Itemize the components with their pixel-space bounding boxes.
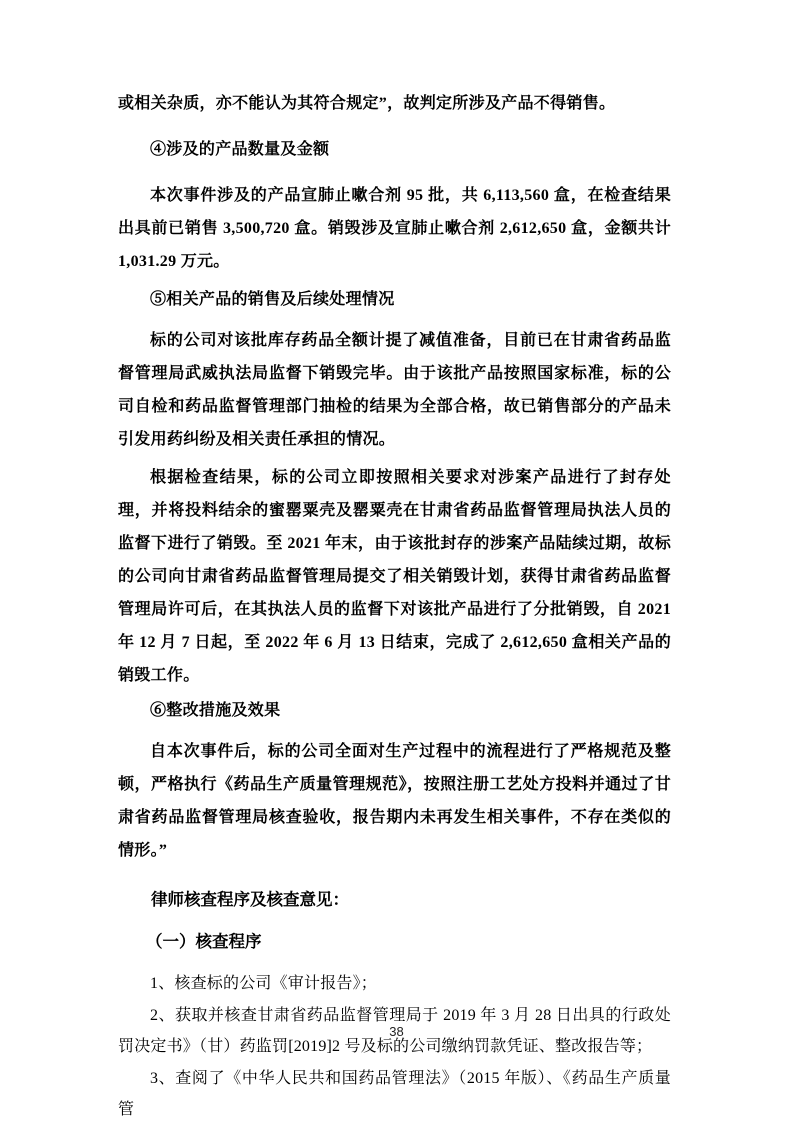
continuation-paragraph: 或相关杂质，亦不能认为其符合规定”，故判定所涉及产品不得销售。 [118, 87, 671, 120]
paragraph-product-quantity: 本次事件涉及的产品宣肺止嗽合剂 95 批，共 6,113,560 盒，在检查结果… [118, 179, 671, 278]
paragraph-sales-handling: 标的公司对该批库存药品全额计提了减值准备，目前已在甘肃省药品监督管理局武威执法局… [118, 324, 671, 456]
heading-sales-handling: ⑤相关产品的销售及后续处理情况 [118, 283, 671, 316]
paragraph-rectification: 自本次事件后，标的公司全面对生产过程中的流程进行了严格规范及整顿，严格执行《药品… [118, 735, 671, 867]
verification-procedure-subheading: （一）核查程序 [118, 925, 671, 958]
verification-procedure-list: 1、核查标的公司《审计报告》； 2、获取并核查甘肃省药品监督管理局于 2019 … [118, 968, 671, 1122]
paragraph-inspection-result: 根据检查结果，标的公司立即按照相关要求对涉案产品进行了封存处理，并将投料结余的蜜… [118, 461, 671, 692]
heading-product-quantity: ④涉及的产品数量及金额 [118, 133, 671, 166]
verification-item-3: 3、查阅了《中华人民共和国药品管理法》（2015 年版）、《药品生产质量管 [118, 1063, 671, 1122]
lawyer-verification-heading: 律师核查程序及核查意见： [118, 883, 671, 916]
heading-rectification: ⑥整改措施及效果 [118, 694, 671, 727]
page-number: 38 [0, 1024, 793, 1040]
quoted-report-section: 或相关杂质，亦不能认为其符合规定”，故判定所涉及产品不得销售。 ④涉及的产品数量… [118, 87, 671, 867]
verification-item-1: 1、核查标的公司《审计报告》； [118, 968, 671, 1000]
document-page: 或相关杂质，亦不能认为其符合规定”，故判定所涉及产品不得销售。 ④涉及的产品数量… [0, 0, 793, 1122]
